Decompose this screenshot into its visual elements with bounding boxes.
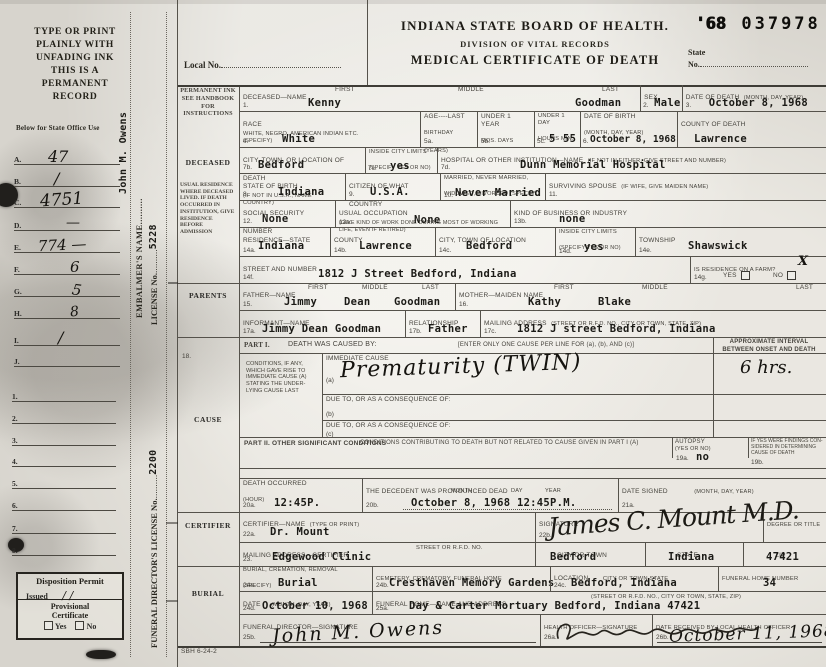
permit-yes-checkbox	[44, 621, 53, 630]
row-certifier-address: MAILING ADDRESS—CERTIFIER STREET OR R.F.…	[240, 542, 826, 566]
ink-blot	[86, 650, 116, 659]
inside-city-limits-value: yes	[390, 160, 410, 172]
permit-title: Disposition Permit	[18, 576, 122, 586]
enter-note: [ENTER ONLY ONE CAUSE PER LINE FOR (a), …	[458, 342, 634, 350]
residence-icl-value: yes	[584, 241, 604, 253]
certifier-zip-value: 47421	[766, 551, 799, 563]
dotted-leader: ..........	[134, 198, 144, 224]
cell-funeral-home-number: FUNERAL HOME NUMBER 34	[718, 566, 826, 591]
license-number: LICENSE No...........5228	[148, 190, 159, 325]
scan-artifact	[168, 282, 178, 284]
street-value: 1812 J Street Bedford, Indiana	[318, 268, 517, 280]
cell-under-1-year: UNDER 1 YEAR MOS. DAYS 5b.	[477, 112, 534, 147]
hours-value: 5	[549, 133, 556, 145]
certificate-title: MEDICAL CERTIFICATE OF DEATH	[380, 53, 690, 68]
death-certificate-scan: TYPE OR PRINT PLAINLY WITH UNFADING INK …	[0, 0, 826, 667]
cell-city-of-death: CITY, TOWN, OR LOCATION OF DEATH 7b. Bed…	[240, 148, 365, 173]
certifier-name-value: Dr. Mount	[270, 526, 330, 538]
cause-rule	[322, 394, 826, 395]
cell-sex: SEX 2. Male	[640, 85, 682, 111]
cell-occupation: USUAL OCCUPATION (GIVE KIND OF WORK DONE…	[335, 201, 510, 227]
permit-no-label: No	[87, 622, 97, 631]
father-middle-value: Dean	[344, 296, 371, 308]
cell-certifier-state: STATE Indiana	[645, 543, 743, 566]
cell-farm: IS RESIDENCE ON A FARM? X 14g. YES NO	[690, 257, 826, 283]
part1-label: PART I.	[244, 341, 270, 350]
org-title: INDIANA STATE BOARD OF HEALTH.	[380, 18, 690, 34]
certifier-state-value: Indiana	[668, 551, 714, 563]
office-line-6: 6.	[12, 497, 116, 511]
scan-artifact	[0, 0, 826, 4]
mother-middle-value: Blake	[598, 296, 631, 308]
cell-street: STREET AND NUMBER 14f. 1812 J Street Bed…	[240, 257, 690, 283]
farm-x-mark: X	[798, 254, 808, 269]
section-cause: CAUSE	[178, 415, 238, 424]
funeral-home-value: Day & Carter Mortuary Bedford, Indiana 4…	[409, 600, 700, 612]
row-parents: FATHER—NAME FIRST MIDDLE LAST 15. Jimmy …	[240, 283, 826, 310]
office-line-d: D. —	[14, 216, 120, 231]
deceased-name-label: DECEASED—NAME	[243, 94, 307, 101]
state-of-birth-value: Indiana	[278, 186, 324, 198]
office-line-2: 2.	[12, 410, 116, 424]
cell-residence-city: CITY, TOWN OF LOCATION 14c. Bedford	[435, 228, 555, 256]
cell-funeral-home: FUNERAL HOME—NAME AND ADDRESS (STREET OR…	[372, 592, 826, 614]
burial-location-value: Bedford, Indiana	[571, 577, 677, 589]
cell-informant-name: INFORMANT—NAME 17a. Jimmy Dean Goodman	[240, 311, 405, 337]
relationship-value: Father	[428, 323, 468, 335]
cell-deceased-name: DECEASED—NAME FIRST MIDDLE LAST 1. Kenny…	[240, 85, 640, 111]
due-to-label-2: DUE TO, OR AS A CONSEQUENCE OF:	[326, 422, 451, 430]
office-line-i: I. /	[14, 331, 120, 346]
row-place-of-death: CITY, TOWN, OR LOCATION OF DEATH 7b. Bed…	[240, 147, 826, 173]
cell-citizen: CITIZEN OF WHAT COUNTRY 9. U.S.A.	[345, 174, 440, 200]
row-residence: RESIDENCE—STATE 14a. Indiana COUNTY 14b.…	[240, 227, 826, 256]
residence-county-value: Lawrence	[359, 240, 412, 252]
father-last-value: Goodman	[394, 296, 440, 308]
permanent-ink-note: PERMANENT INK SEE HANDBOOK FOR INSTRUCTI…	[179, 87, 237, 118]
office-line-4: 4.	[12, 453, 116, 467]
cell-under-1-day: UNDER 1 DAY HOURS MIN. 5c. 5 55	[534, 112, 580, 147]
office-line-8: 8.	[12, 542, 116, 556]
state-office-use-label: Below for State Office Use	[16, 124, 100, 132]
permit-no-checkbox	[75, 621, 84, 630]
cell-hospital: HOSPITAL OR OTHER INSTITUTION—NAME (IF N…	[437, 148, 826, 173]
cell-certifier-zip: ZIP 47421	[743, 543, 826, 566]
mother-first-value: Kathy	[528, 296, 561, 308]
cemetery-value: Cresthaven Memory Gardens	[389, 577, 555, 589]
cell-certifier-name: CERTIFIER—NAME (TYPE OR PRINT) 22a. Dr. …	[240, 512, 535, 542]
sex-value: Male	[654, 97, 681, 109]
certifier-address-value: Edgewood Clinic	[272, 551, 371, 563]
row-deceased-name: DECEASED—NAME FIRST MIDDLE LAST 1. Kenny…	[240, 85, 826, 111]
local-no-line	[221, 58, 341, 68]
permit-yes-label: Yes	[55, 622, 67, 631]
cell-residence-icl: INSIDE CITY LIMITS (SPECIFY YES OR NO) 1…	[555, 228, 635, 256]
section-label-column: PERMANENT INK SEE HANDBOOK FOR INSTRUCTI…	[178, 85, 240, 646]
cell-residence-county: COUNTY 14b. Lawrence	[330, 228, 435, 256]
local-no: Local No.	[184, 58, 341, 70]
cell-father-name: FATHER—NAME FIRST MIDDLE LAST 15. Jimmy …	[240, 283, 455, 310]
last-name-value: Goodman	[575, 97, 621, 109]
burial-type-value: Burial	[278, 577, 318, 589]
scan-artifact	[166, 522, 178, 524]
cell-informant-mailing: MAILING ADDRESS (STREET OR R.F.D. NO., C…	[480, 311, 826, 337]
citizen-value: U.S.A.	[370, 186, 410, 198]
cell-certifier-city: CITY OR TOWN Bedford	[535, 543, 645, 566]
form-header-titles: INDIANA STATE BOARD OF HEALTH. DIVISION …	[380, 18, 690, 68]
autopsy-value: no	[696, 451, 709, 463]
autopsy-divider	[672, 437, 673, 458]
marital-status-value: Never Married	[455, 187, 541, 199]
office-line-j: J.	[14, 352, 120, 367]
cell-burial-location: LOCATION CITY OR TOWN STATE 24c. Bedford…	[550, 566, 718, 591]
cell-ssn: SOCIAL SECURITY NUMBER 12. None	[240, 201, 335, 227]
dotted-leader: ..........	[149, 475, 159, 499]
signature-line	[260, 642, 536, 643]
date-of-death-value: October 8, 1968	[709, 97, 808, 109]
field-18-number: 18.	[182, 353, 191, 360]
row-burial-type: BURIAL, CREMATION, REMOVAL (SPECIFY) 24a…	[240, 566, 826, 591]
date-of-birth-value: October 8, 1968	[590, 134, 676, 145]
office-line-f: F. 6	[14, 260, 120, 275]
office-line-5: 5.	[12, 475, 116, 489]
cause-rule	[240, 437, 826, 438]
form-code: SBH 6-24-2	[181, 648, 217, 656]
type-or-print-notice: TYPE OR PRINT PLAINLY WITH UNFADING INK …	[14, 26, 136, 104]
father-first-value: Jimmy	[284, 296, 317, 308]
pronounced-value: October 8, 1968 12:45P.M.	[411, 497, 577, 509]
cell-marital-status: MARRIED, NEVER MARRIED, WIDOWED, DIVORCE…	[440, 174, 545, 200]
permit-issued-value: / /	[62, 589, 73, 602]
cell-funeral-director-signature: FUNERAL DIRECTOR—SIGNATURE 25b. John M. …	[240, 615, 540, 646]
residence-state-value: Indiana	[258, 240, 304, 252]
embalmer-name-value: John M. Owens	[118, 94, 129, 194]
farm-yes-checkbox	[741, 271, 750, 280]
disposition-permit-box: Disposition Permit Issued / / Provisiona…	[16, 572, 124, 640]
cause-rule	[322, 420, 826, 421]
township-value: Shawswick	[688, 240, 748, 252]
findings-divider	[748, 437, 749, 458]
header-divider-line	[367, 0, 368, 85]
occupation-value: None	[414, 214, 441, 226]
interval-header: APPROXIMATE INTERVAL BETWEEN ONSET AND D…	[716, 339, 822, 354]
interval-col-divider	[713, 337, 714, 437]
cell-pronounced-dead: THE DECEDENT WAS PRONOUNCED DEAD MONTH D…	[362, 479, 618, 512]
cell-age: AGE----LAST BIRTHDAY (YEARS) 5a.	[420, 112, 477, 147]
line-letter: A.	[14, 155, 21, 164]
cell-date-of-birth: DATE OF BIRTH (MONTH, DAY, YEAR) 6. Octo…	[580, 112, 677, 147]
county-of-death-value: Lawrence	[694, 133, 747, 145]
row-informant: INFORMANT—NAME 17a. Jimmy Dean Goodman R…	[240, 310, 826, 337]
scan-artifact	[166, 600, 178, 602]
handwritten-value: 47	[48, 147, 68, 166]
ssn-value: None	[262, 213, 289, 225]
cell-mother-name: MOTHER—MAIDEN NAME FIRST MIDDLE LAST 16.…	[455, 283, 826, 310]
due-to-label-1: DUE TO, OR AS A CONSEQUENCE OF:	[326, 396, 451, 404]
section-deceased: DECEASED	[178, 158, 238, 167]
stamp-year: '68	[695, 14, 726, 34]
conditions-note: CONDITIONS, IF ANY, WHICH GAVE RISE TO I…	[246, 361, 318, 395]
stamp-number: 037978	[741, 14, 820, 34]
sidebar-dotted-rule	[130, 12, 131, 657]
office-line-h: H. 8	[14, 304, 120, 319]
division-title: DIVISION OF VITAL RECORDS	[380, 39, 690, 49]
cause-of-death-block: PART I. DEATH WAS CAUSED BY: [ENTER ONLY…	[240, 337, 826, 478]
cell-race: RACE WHITE, NEGRO, AMERICAN INDIAN ETC. …	[240, 112, 420, 147]
funeral-home-number-value: 34	[763, 577, 776, 589]
city-of-death-value: Bedford	[258, 159, 304, 171]
farm-no-checkbox	[787, 271, 796, 280]
office-line-7: 7.	[12, 520, 116, 534]
conditions-divider	[322, 353, 323, 437]
business-value: none	[559, 213, 586, 225]
left-sidebar: TYPE OR PRINT PLAINLY WITH UNFADING INK …	[0, 0, 178, 667]
cell-death-hour: DEATH OCCURRED (HOUR) 20a. 12:45P.	[240, 479, 362, 512]
cell-inside-city-limits-death: INSIDE CITY LIMITS (SPECIFY YES OR NO) 7…	[365, 148, 437, 173]
cell-residence-state: RESIDENCE—STATE 14a. Indiana	[240, 228, 330, 256]
health-officer-signature	[552, 618, 762, 646]
section-parents: PARENTS	[178, 291, 238, 300]
first-name-value: Kenny	[308, 97, 341, 109]
row-race-age: RACE WHITE, NEGRO, AMERICAN INDIAN ETC. …	[240, 111, 826, 147]
cell-certifier-mailing: MAILING ADDRESS—CERTIFIER STREET OR R.F.…	[240, 543, 535, 566]
permit-provisional-label: Provisional Certificate	[18, 602, 122, 620]
cell-state-of-birth: STATE OF BIRTH (IF NOT IN U.S.A., NAME C…	[240, 174, 345, 200]
office-line-e: E. 774 —	[14, 238, 120, 253]
cause-rule	[240, 468, 826, 469]
office-line-1: 1.	[12, 388, 116, 402]
state-no: State No.	[688, 48, 808, 69]
row-street-farm: STREET AND NUMBER 14f. 1812 J Street Bed…	[240, 256, 826, 283]
death-hour-value: 12:45P.	[274, 497, 320, 509]
part2-note: CONDITIONS CONTRIBUTING TO DEATH BUT NOT…	[360, 440, 660, 448]
row-burial-date-home: DATE (MONTH, DAY, YEAR) 24d. October 10,…	[240, 591, 826, 614]
cell-burial-type: BURIAL, CREMATION, REMOVAL (SPECIFY) 24a…	[240, 566, 372, 591]
cell-date-of-death: DATE OF DEATH (MONTH, DAY, YEAR) 3. Octo…	[682, 85, 826, 111]
cell-cemetery: CEMETERY, CREMATORY, FUNERAL HOME 24b. C…	[372, 566, 550, 591]
office-line-b: B. /	[14, 172, 120, 187]
office-line-a: A. 47	[14, 150, 120, 165]
minutes-value: 55	[563, 133, 576, 145]
state-no-line	[700, 57, 808, 67]
race-value: White	[282, 133, 315, 145]
dotted-leader: ..........	[149, 249, 159, 273]
hospital-value: Dunn Memorial Hospital	[520, 159, 666, 171]
embalmer-name-label: EMBALMER'S NAME..........	[134, 118, 144, 318]
cell-township: TOWNSHIP 14e. Shawswick	[635, 228, 826, 256]
findings-label: IF YES WERE FINDINGS CON- SIDERED IN DET…	[751, 438, 823, 456]
cell-surviving-spouse: SURVIVING SPOUSE (IF WIFE, GIVE MAIDEN N…	[545, 174, 826, 200]
row-birth-citizen-marital: STATE OF BIRTH (IF NOT IN U.S.A., NAME C…	[240, 173, 826, 200]
office-line-c: C. 4751	[14, 193, 120, 208]
usual-residence-note: USUAL RESIDENCE WHERE DECEASED LIVED. IF…	[180, 182, 236, 236]
informant-mailing-value: 1812 J street Bedford, Indiana	[517, 323, 716, 335]
certifier-city-value: Bedford	[550, 551, 596, 563]
section-certifier: CERTIFIER	[178, 521, 238, 530]
informant-value: Jimmy Dean Goodman	[262, 323, 381, 335]
residence-city-value: Bedford	[466, 240, 512, 252]
certificate-number-stamp: '68 037978	[695, 14, 821, 34]
sidebar-dotted-rule	[166, 12, 167, 657]
office-line-3: 3.	[12, 432, 116, 446]
cell-relationship: RELATIONSHIP 17b. Father	[405, 311, 480, 337]
office-line-g: G. 5	[14, 282, 120, 297]
row-ssn-occupation: SOCIAL SECURITY NUMBER 12. None USUAL OC…	[240, 200, 826, 227]
permit-issued-label: Issued	[26, 592, 48, 601]
section-burial: BURIAL	[178, 589, 238, 598]
cell-burial-date: DATE (MONTH, DAY, YEAR) 24d. October 10,…	[240, 592, 372, 614]
cell-county-of-death: COUNTY OF DEATH Lawrence	[677, 112, 826, 147]
cell-business: KIND OF BUSINESS OR INDUSTRY 13b. none	[510, 201, 826, 227]
caused-by-label: DEATH WAS CAUSED BY:	[288, 341, 377, 350]
interval-value: 6 hrs.	[740, 357, 792, 378]
funeral-director-license: FUNERAL DIRECTOR'S LICENSE No...........…	[148, 408, 159, 648]
burial-date-value: October 10, 1968	[262, 600, 368, 612]
